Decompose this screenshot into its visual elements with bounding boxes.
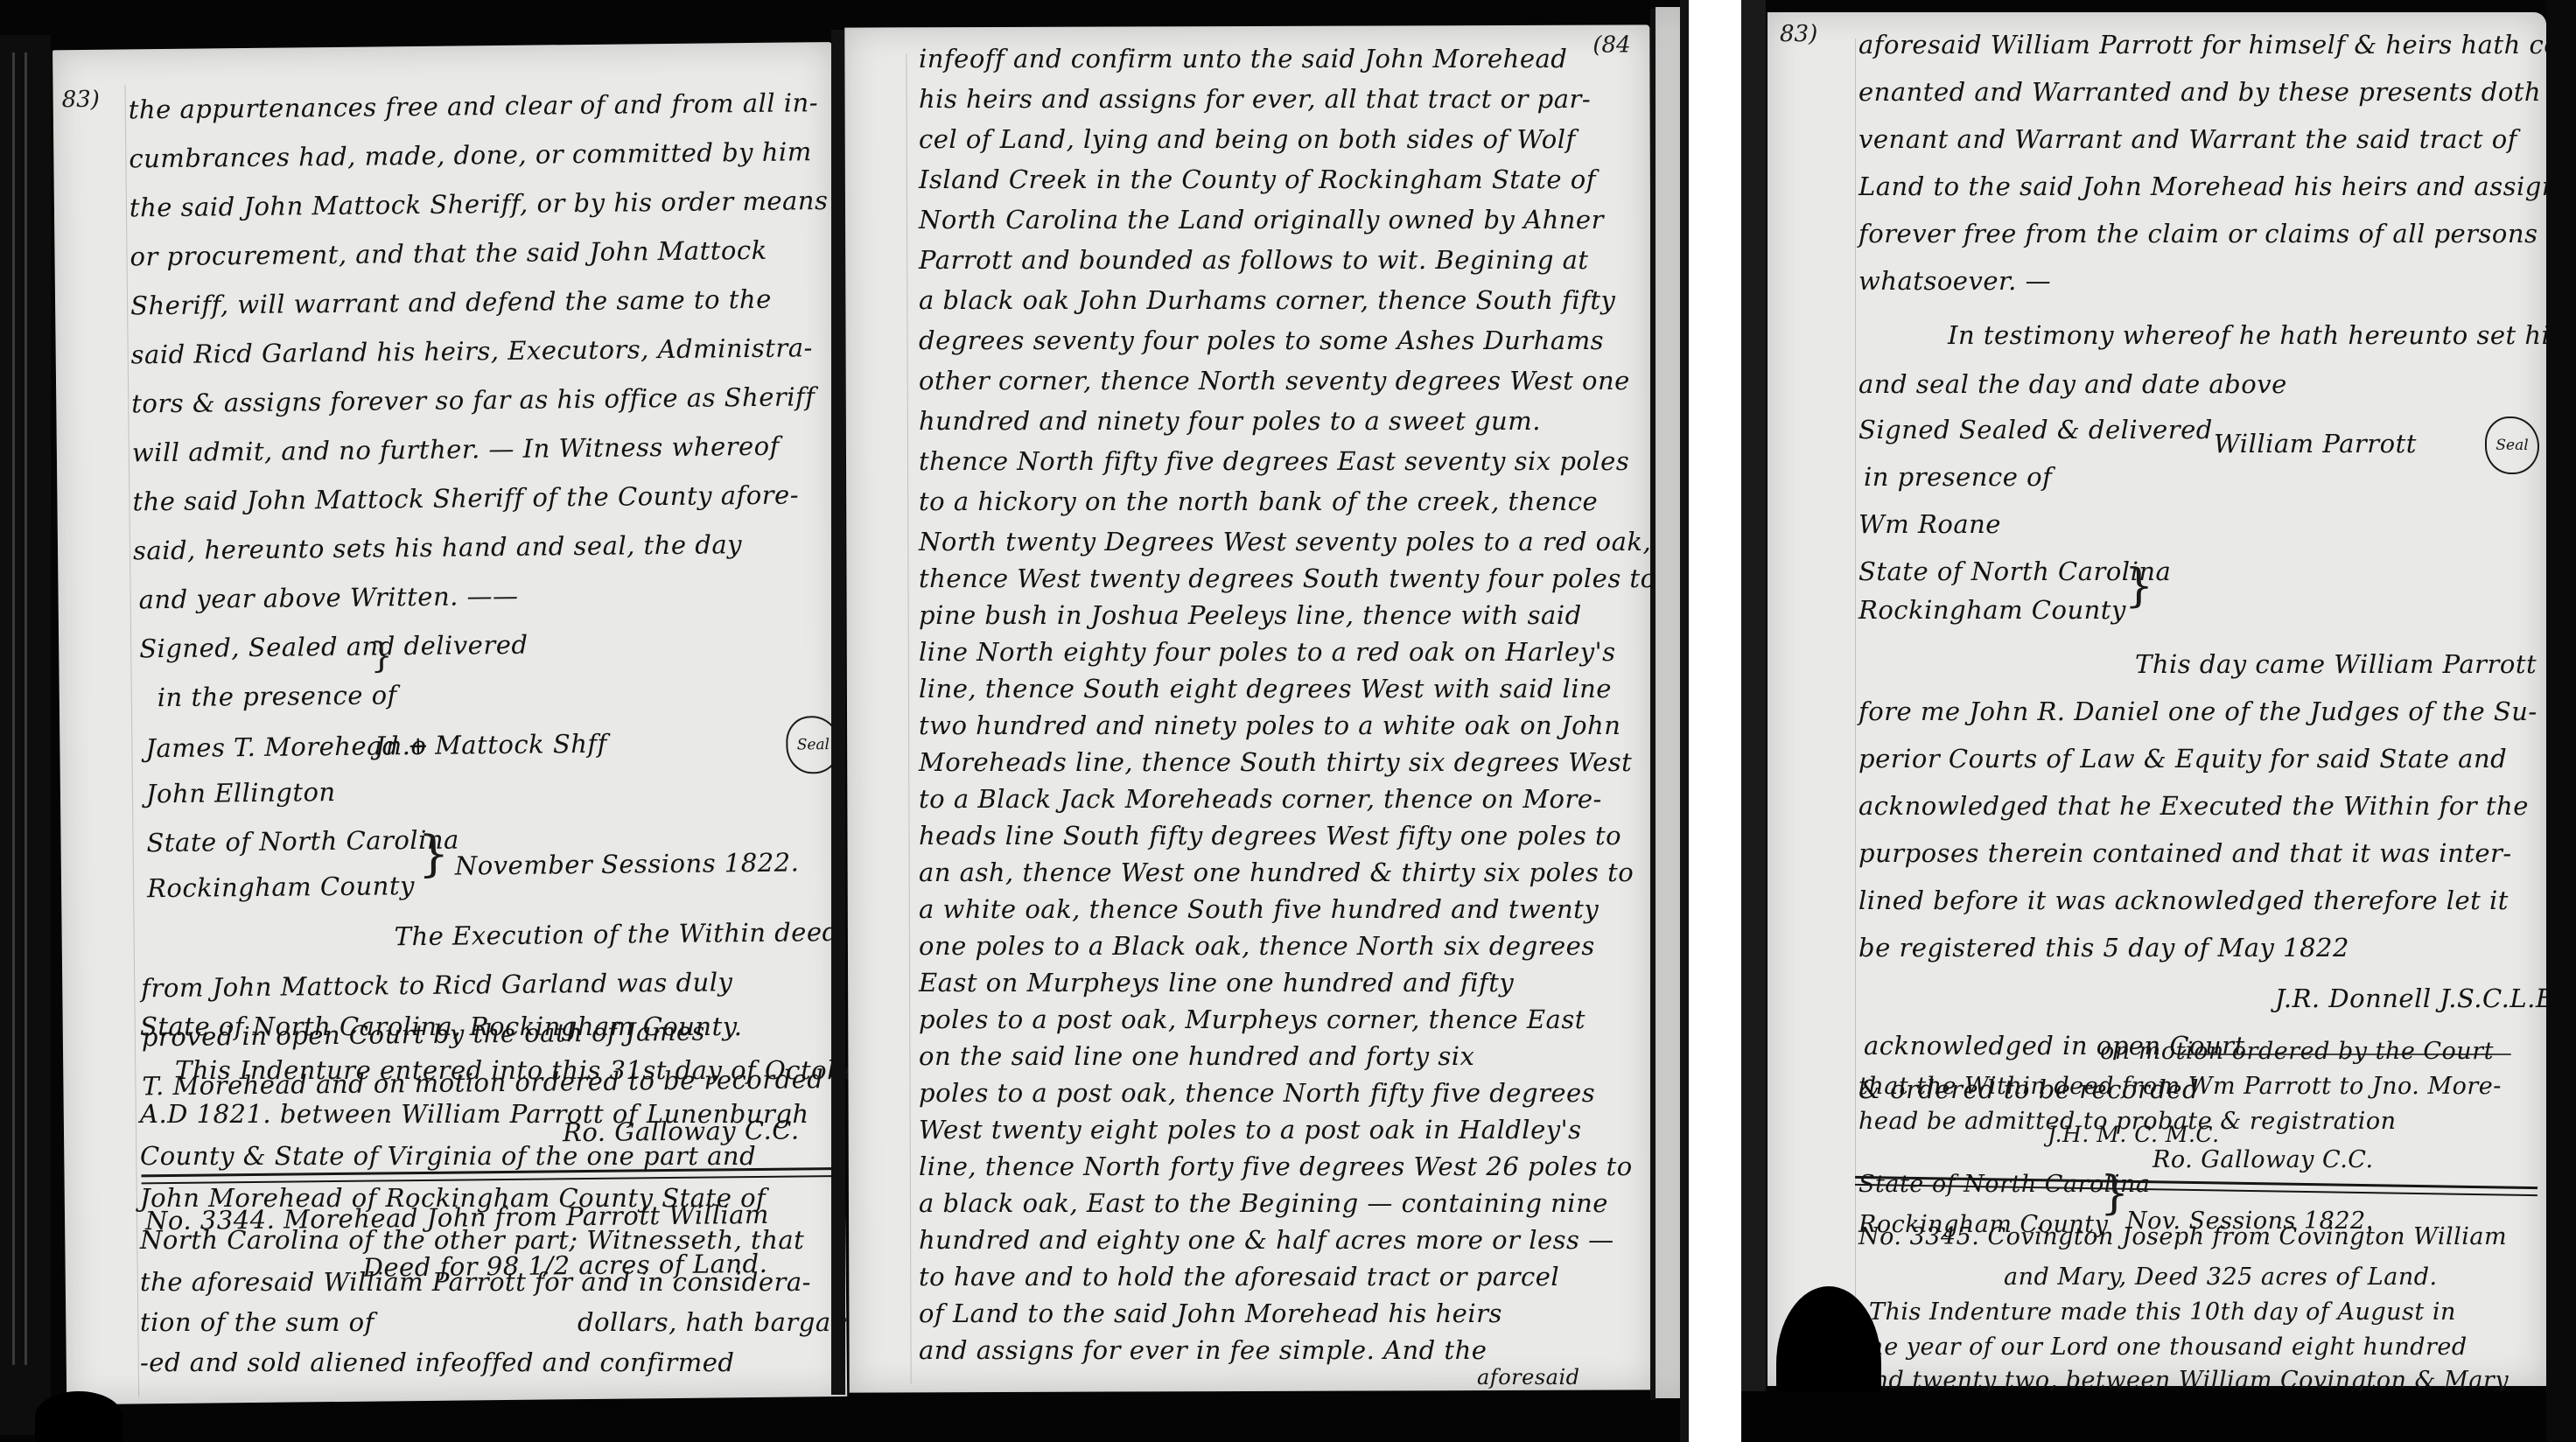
center-gutter	[831, 30, 845, 1395]
text-line: other corner, thence North seventy degre…	[919, 366, 1630, 395]
text-line: the said John Mattock Sheriff of the Cou…	[132, 479, 799, 516]
text-line: State of North Carolina, Rockingham Coun…	[140, 1011, 742, 1041]
text-line: line North eighty four poles to a red oa…	[919, 637, 1615, 667]
text-line: dollars, hath bargain-	[577, 1307, 865, 1337]
text-line: tion of the sum of	[140, 1307, 374, 1337]
text-line: and year above Written. ——	[138, 581, 518, 615]
text-line: thence West twenty degrees South twenty …	[919, 563, 1680, 593]
text-line: infeoff and confirm unto the said John M…	[919, 44, 1567, 73]
left-scan-spread: 83) the appurtenances free and clear of …	[0, 0, 1689, 1442]
adjacent-page-edge	[1655, 7, 1682, 1398]
text-line: thence North fifty five degrees East sev…	[919, 446, 1629, 476]
text-line: heads line South fifty degrees West fift…	[919, 821, 1621, 850]
text-line: said Ricd Garland his heirs, Executors, …	[131, 332, 814, 369]
text-line: the year of our Lord one thousand eight …	[1858, 1333, 2467, 1361]
text-line: line, thence South eight degrees West wi…	[919, 674, 1612, 703]
county-line: Rockingham County	[147, 871, 415, 903]
text-line: John Morehead of Rockingham County State…	[140, 1183, 766, 1213]
text-line: or procurement, and that the said John M…	[129, 235, 767, 272]
attestation-line: Signed, Sealed and delivered	[139, 630, 528, 664]
entry-header: No. 3345. Covington Joseph from Covingto…	[1858, 1223, 2507, 1250]
text-line: degrees seventy four poles to some Ashes…	[919, 325, 1604, 355]
text-line: an ash, thence West one hundred & thirty…	[919, 857, 1634, 887]
text-line: to have and to hold the aforesaid tract …	[919, 1262, 1559, 1291]
text-line: tors & assigns forever so far as his off…	[131, 381, 815, 418]
text-line: hundred and eighty one & half acres more…	[919, 1225, 1614, 1255]
text-line: North Carolina the Land originally owned…	[919, 205, 1604, 234]
text-line: said, hereunto sets his hand and seal, t…	[133, 529, 742, 565]
witness-name: John Ellington	[146, 777, 336, 808]
text-line: and assigns for ever in fee simple. And …	[919, 1335, 1487, 1365]
text-line: that the Within deed from Wm Parrott to …	[1858, 1073, 2502, 1100]
thumb-shadow	[35, 1391, 122, 1442]
text-line: -ed and sold aliened infeoffed and confi…	[140, 1347, 734, 1377]
text-line: Sheriff, will warrant and defend the sam…	[130, 284, 772, 321]
text-line: North twenty Degrees West seventy poles …	[919, 527, 1651, 556]
page-stack-line	[12, 52, 15, 1365]
clerk-signature: Ro. Galloway C.C.	[2152, 1146, 2374, 1173]
text-line: This Indenture made this 10th day of Aug…	[1869, 1298, 2456, 1326]
session-line: November Sessions 1822.	[455, 847, 800, 880]
text-line: head be admitted to probate & registrati…	[1858, 1108, 2397, 1135]
brace-mark: }	[417, 830, 449, 879]
text-line: to a hickory on the north bank of the cr…	[919, 486, 1598, 516]
text-line: two hundred and ninety poles to a white …	[919, 710, 1620, 740]
text-line: West twenty eight poles to a post oak in…	[919, 1115, 1581, 1144]
text-line: pine bush in Joshua Peeleys line, thence…	[919, 600, 1582, 630]
text-line: his heirs and assigns for ever, all that…	[919, 84, 1591, 114]
right-page-tail: on motion ordered by the Court that the …	[1767, 0, 2546, 1442]
text-line: of Land to the said John Morehead his he…	[919, 1298, 1502, 1328]
text-line: County & State of Virginia of the one pa…	[140, 1141, 756, 1171]
text-line: to a Black Jack Moreheads corner, thence…	[919, 784, 1602, 814]
text-line: A.D 1821. between William Parrott of Lun…	[140, 1099, 809, 1129]
text-line: on the said line one hundred and forty s…	[919, 1041, 1474, 1071]
text-line: hundred and ninety four poles to a sweet…	[919, 406, 1541, 436]
text-line: This Indenture entered into this 31st da…	[175, 1055, 871, 1085]
text-line: and twenty two, between William Covingto…	[1858, 1367, 2509, 1394]
entry-subheader: and Mary, Deed 325 acres of Land.	[2004, 1263, 2438, 1291]
text-line: the said John Mattock Sheriff, or by his…	[129, 185, 829, 222]
catchword: aforesaid	[1477, 1365, 1579, 1389]
text-line: a black oak, East to the Begining — cont…	[919, 1188, 1608, 1218]
page-number: 83)	[61, 87, 100, 113]
text-line: line, thence North forty five degrees We…	[919, 1151, 1633, 1181]
text-line: a white oak, thence South five hundred a…	[919, 894, 1599, 924]
text-line: on motion ordered by the Court	[2100, 1038, 2494, 1065]
text-line: will admit, and no further. — In Witness…	[132, 431, 780, 468]
text-line: poles to a post oak, Murpheys corner, th…	[919, 1004, 1585, 1034]
attestation-line: in the presence of	[157, 680, 397, 712]
text-line: North Carolina of the other part; Witnes…	[140, 1225, 804, 1255]
text-line: the aforesaid William Parrott for and in…	[140, 1267, 811, 1297]
text-line: one poles to a Black oak, thence North s…	[919, 931, 1595, 961]
text-line: a black oak John Durhams corner, thence …	[919, 285, 1615, 315]
entry-divider	[1855, 1176, 2537, 1196]
text-line: cel of Land, lying and being on both sid…	[919, 124, 1576, 154]
page-83-entry-body: State of North Carolina, Rockingham Coun…	[52, 945, 840, 1400]
text-line: East on Murpheys line one hundred and fi…	[919, 968, 1514, 997]
page-84-body: infeoff and confirm unto the said John M…	[847, 26, 1652, 1391]
text-line: cumbrances had, made, done, or committed…	[129, 136, 812, 173]
right-scan-page: 83) aforesaid William Parrott for himsel…	[1741, 0, 2576, 1442]
binding-edge	[1741, 0, 1766, 1442]
scan-right-border	[1680, 0, 1689, 1442]
brace-mark: }	[370, 638, 393, 673]
page-stack-line	[24, 52, 27, 1365]
right-scan-border	[2546, 0, 2576, 1442]
page-edge-line	[1650, 9, 1655, 1400]
text-line: poles to a post oak, thence North fifty …	[919, 1078, 1595, 1108]
text-line: the appurtenances free and clear of and …	[129, 87, 819, 124]
state-line: State of North Carolina	[146, 825, 459, 858]
text-line: Island Creek in the County of Rockingham…	[919, 164, 1596, 194]
text-line: Moreheads line, thence South thirty six …	[919, 747, 1632, 777]
sheriff-signature: Jn.o Mattock Shff	[374, 729, 607, 761]
bottom-scan-shadow	[1741, 1391, 2576, 1442]
text-line: Parrott and bounded as follows to wit. B…	[919, 245, 1589, 275]
